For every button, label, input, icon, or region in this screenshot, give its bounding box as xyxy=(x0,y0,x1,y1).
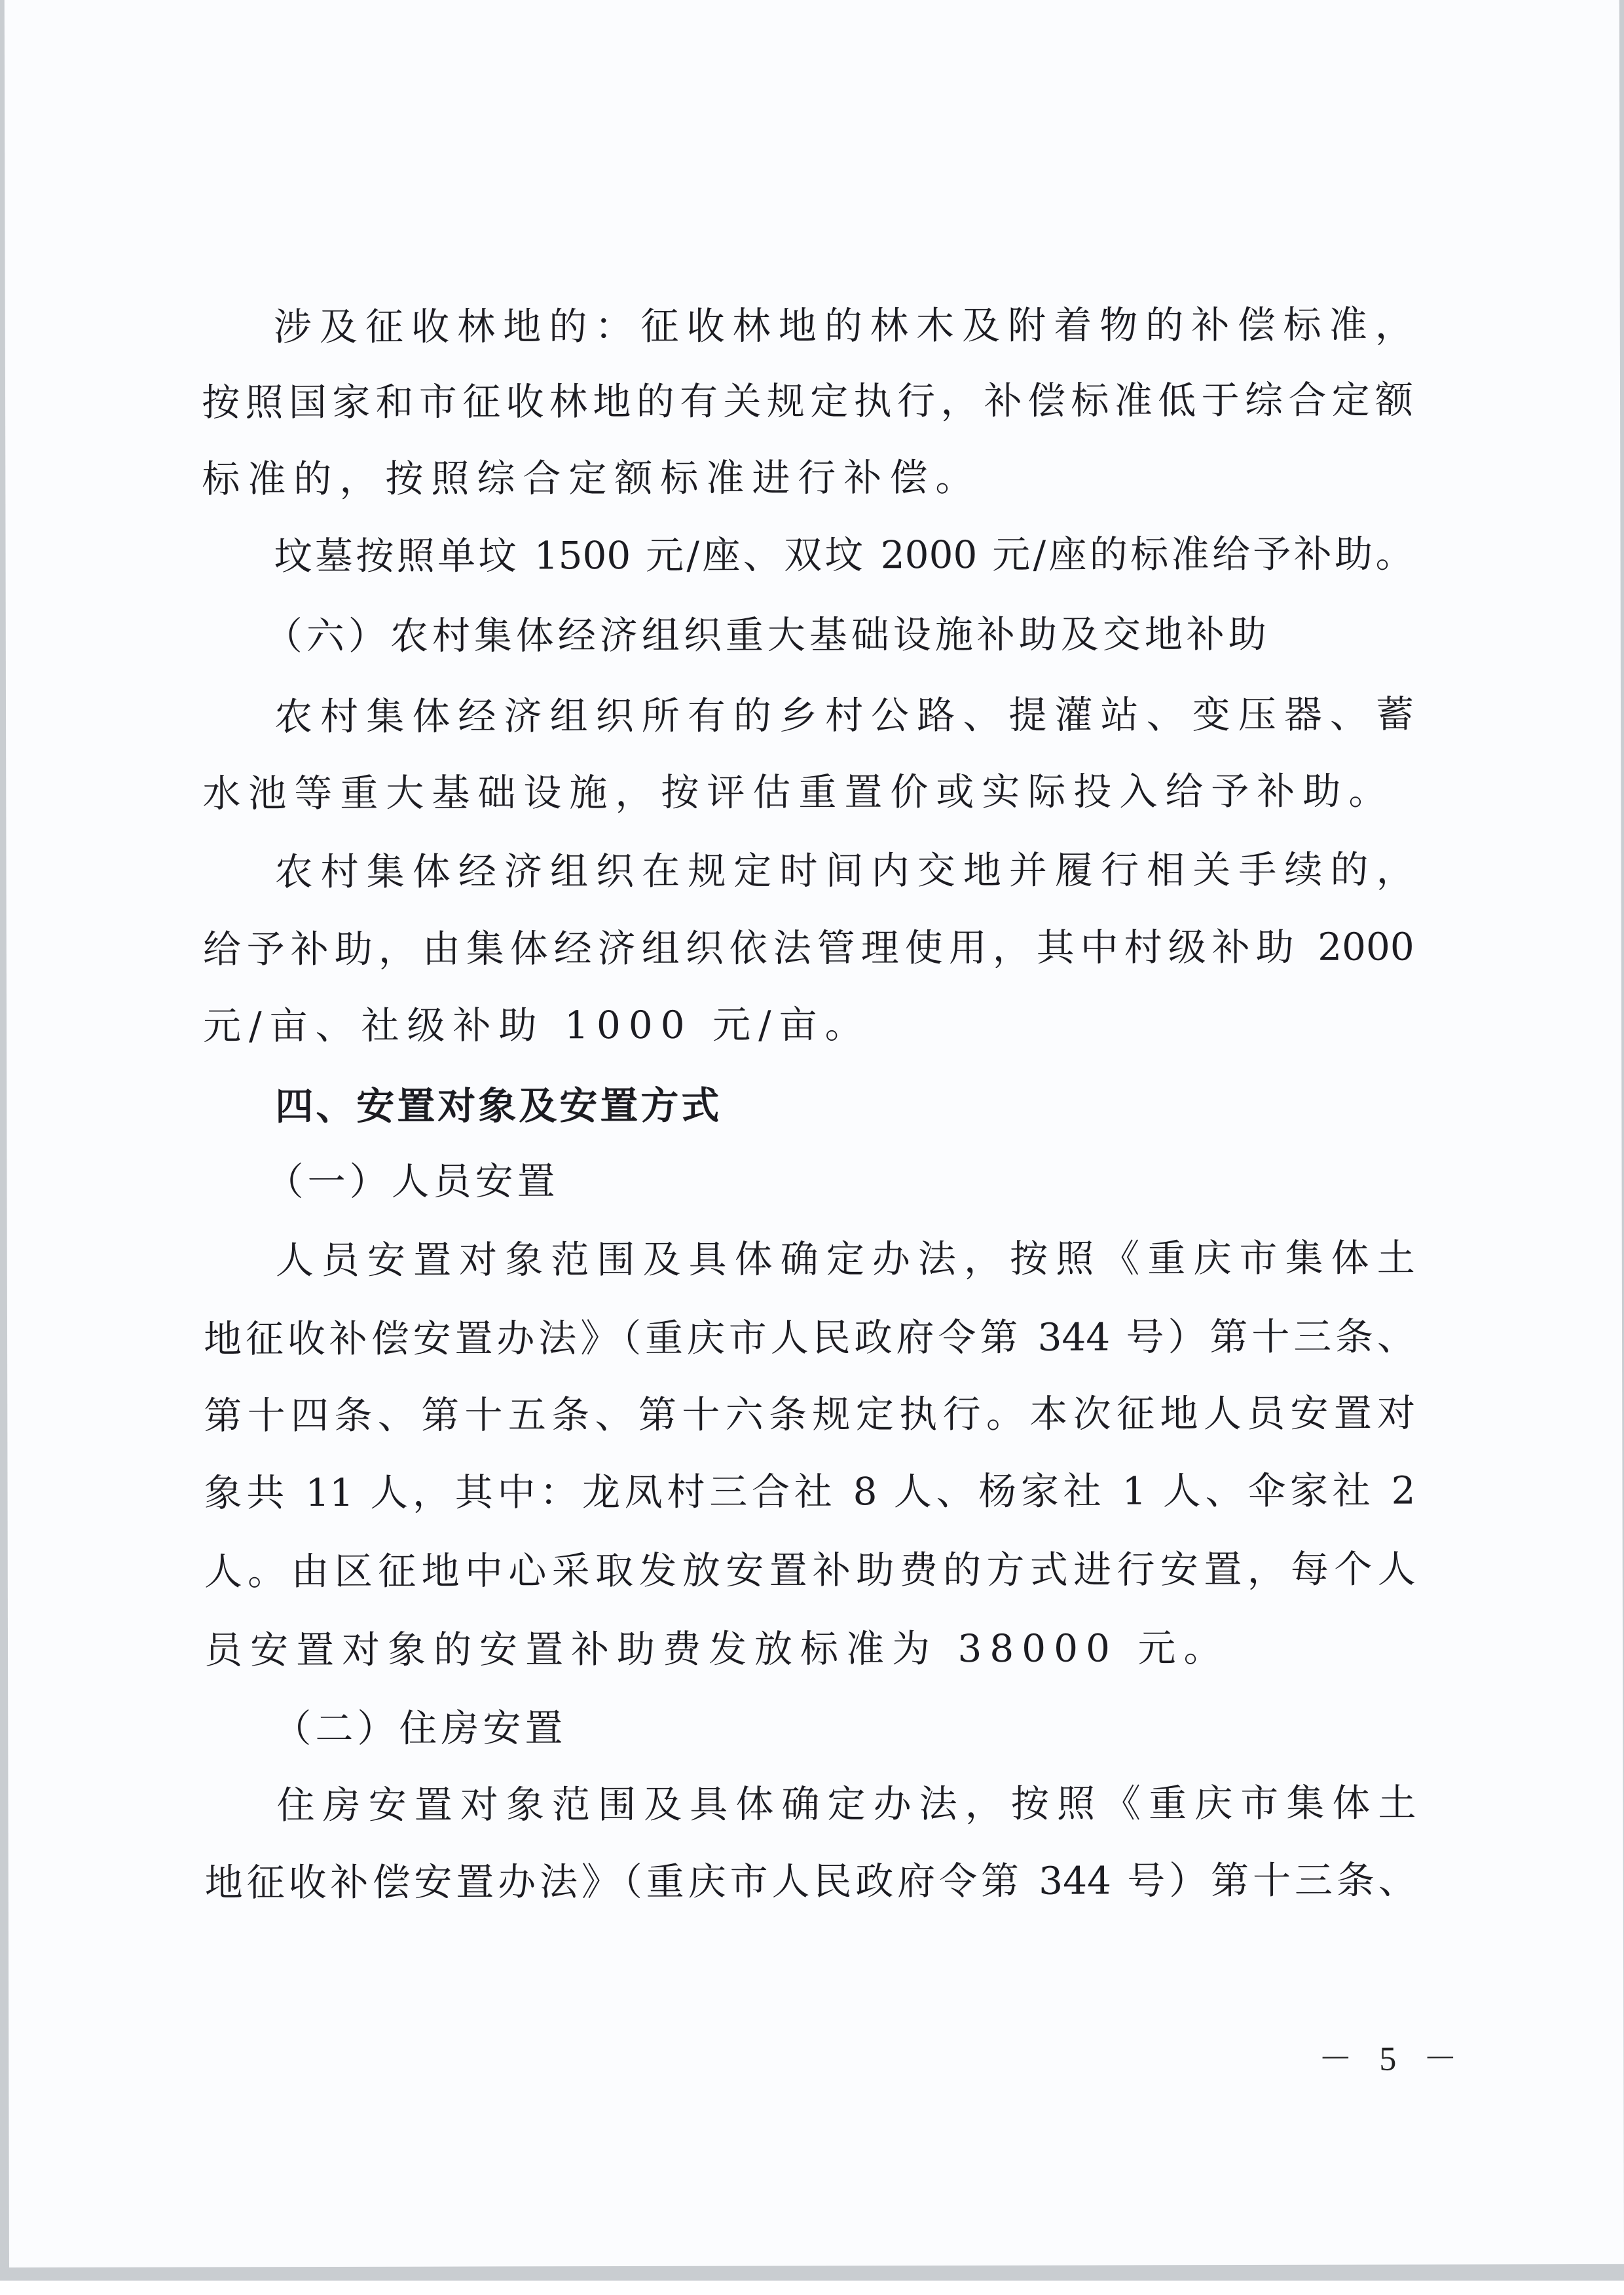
document-page: 涉及征收林地的：征收林地的林木及附着物的补偿标准， 按照国家和市征收林地的有关规… xyxy=(5,0,1624,2267)
section-heading-housing: （二）住房安置 xyxy=(273,1705,566,1751)
paragraph-personnel-line-3: 第十四条、第十五条、第十六条规定执行。本次征地人员安置对 xyxy=(204,1390,1415,1439)
paragraph-forest-land-line-1: 涉及征收林地的：征收林地的林木及附着物的补偿标准， xyxy=(274,302,1413,350)
paragraph-land-handover-line-1: 农村集体经济组织在规定时间内交地并履行相关手续的， xyxy=(274,847,1414,895)
section-heading-personnel: （一）人员安置 xyxy=(265,1158,559,1204)
page-number: － 5 － xyxy=(1318,2030,1466,2080)
scan-bottom-margin xyxy=(0,2281,1624,2295)
section-heading-6: （六）农村集体经济组织重大基础设施补助及交地补助 xyxy=(265,611,1270,659)
paragraph-personnel-line-1: 人员安置对象范围及具体确定办法，按照《重庆市集体土 xyxy=(276,1235,1415,1284)
paragraph-personnel-line-2: 地征收补偿安置办法》（重庆市人民政府令第 344 号）第十三条、 xyxy=(204,1314,1415,1362)
paragraph-forest-land-line-3: 标准的，按照综合定额标准进行补偿。 xyxy=(202,455,981,502)
paragraph-infrastructure-line-2: 水池等重大基础设施，按评估重置价或实际投入给予补助。 xyxy=(202,768,1394,817)
paragraph-infrastructure-line-1: 农村集体经济组织所有的乡村公路、提灌站、变压器、蓄 xyxy=(274,692,1414,740)
paragraph-land-handover-line-2: 给予补助，由集体经济组织依法管理使用，其中村级补助 2000 xyxy=(203,924,1414,973)
paragraph-forest-land-line-2: 按照国家和市征收林地的有关规定执行，补偿标准低于综合定额 xyxy=(202,377,1413,426)
paragraph-housing-line-2: 地征收补偿安置办法》（重庆市人民政府令第 344 号）第十三条、 xyxy=(205,1857,1416,1905)
paragraph-personnel-line-5: 人。由区征地中心采取发放安置补助费的方式进行安置，每个人 xyxy=(204,1546,1416,1594)
section-heading-4: 四、安置对象及安置方式 xyxy=(275,1083,722,1129)
paragraph-land-handover-line-3: 元/亩、社级补助 1000 元/亩。 xyxy=(203,1001,871,1049)
paragraph-grave-subsidy: 坟墓按照单坟 1500 元/座、双坟 2000 元/座的标准给予补助。 xyxy=(274,531,1413,580)
paragraph-personnel-line-4: 象共 11 人，其中：龙凤村三合社 8 人、杨家社 1 人、伞家社 2 xyxy=(204,1467,1415,1516)
paragraph-housing-line-1: 住房安置对象范围及具体确定办法，按照《重庆市集体土 xyxy=(276,1780,1416,1828)
paragraph-personnel-line-6: 员安置对象的安置补助费发放标准为 38000 元。 xyxy=(204,1625,1230,1673)
